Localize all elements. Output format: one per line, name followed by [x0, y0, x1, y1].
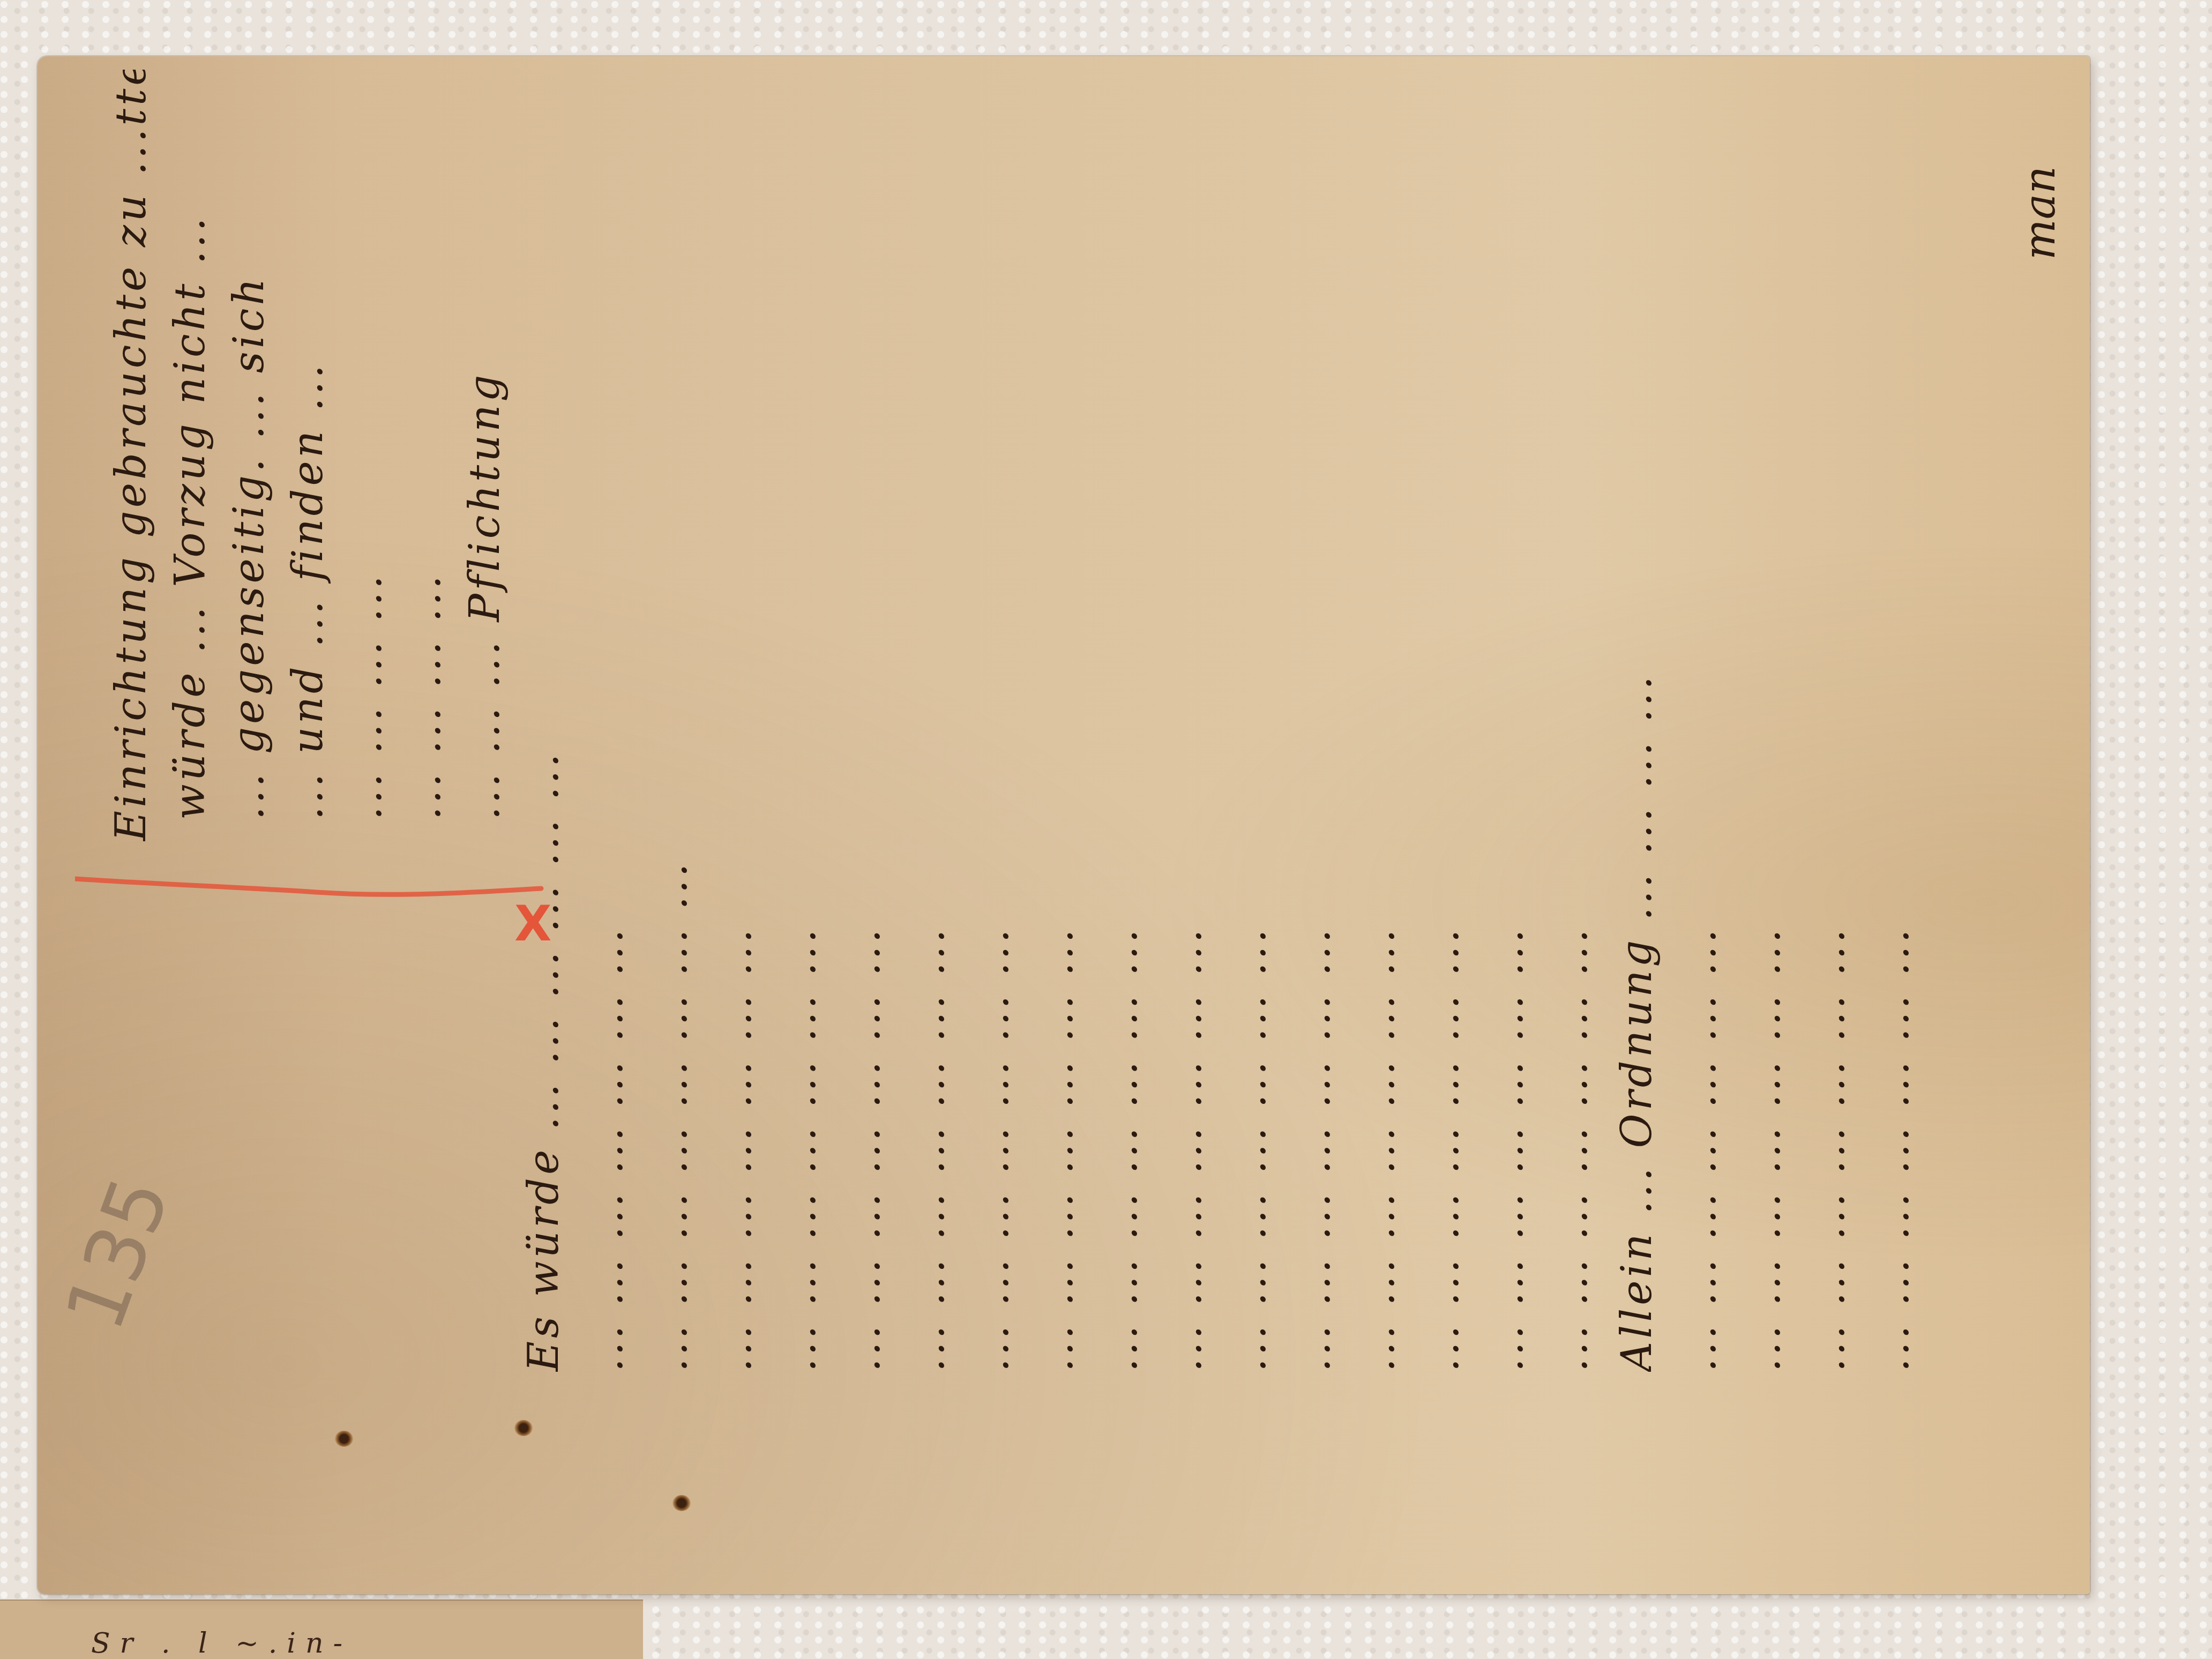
text-line: ... ... ... ... ... ... ... — [1736, 70, 1795, 1372]
text-line: ... ... ... ... ... ... ... — [1479, 70, 1538, 1372]
text-line: ... ... ... ... — [397, 70, 455, 820]
text-line: ... ... ... ... ... ... ... — [772, 70, 831, 1372]
red-crayon-line — [75, 868, 557, 911]
text-line: würde ... Vorzug nicht ... — [161, 70, 220, 820]
text-line: Einrichtung gebrauchte zu ...tten, so — [102, 70, 161, 841]
text-line: ... ... ... ... ... ... ... — [1222, 70, 1281, 1372]
underlying-page-edge: Sr . l ~.in- — [0, 1600, 643, 1659]
text-line: ... ... ... ... ... ... ... — [965, 70, 1023, 1372]
text-line: ... ... ... ... ... ... ... — [900, 70, 959, 1372]
text-line: ... ... ... ... ... ... ... ... — [643, 70, 702, 1372]
text-line: ... ... ... ... ... ... ... — [707, 70, 766, 1372]
text-line: ... gegenseitig. ... sich — [220, 70, 279, 820]
burn-spot — [672, 1495, 691, 1511]
text-line: ... ... ... Pflichtung. — [455, 375, 514, 820]
text-line: ... ... ... ... ... ... ... — [579, 70, 638, 1372]
text-line: ... ... ... ... ... ... ... — [1093, 70, 1152, 1372]
text-line: ... und ... finden ... — [279, 70, 338, 820]
text-line: ... ... ... ... ... ... ... — [1543, 643, 1602, 1372]
text-line: ... ... ... ... ... ... ... — [1672, 70, 1731, 1372]
text-line: ... ... ... ... — [338, 70, 397, 820]
text-line: ... ... ... ... ... ... ... — [1157, 70, 1216, 1372]
text-line: ... ... ... ... ... ... ... — [1415, 70, 1474, 1372]
underlying-page-text: Sr . l ~.in- — [91, 1627, 352, 1659]
burn-spot — [514, 1420, 533, 1436]
text-line: Allein ... Ordnung ... ... ... ... — [1608, 70, 1667, 1372]
text-line: ... ... ... ... ... ... ... — [1286, 70, 1345, 1372]
text-line: Es würde ... ... ... ... ... ... — [514, 70, 573, 1372]
text-line: ... ... ... ... ... ... ... — [1800, 70, 1859, 1372]
catchword: man — [2015, 166, 2065, 260]
text-line: ... ... ... ... ... ... ... — [836, 70, 895, 1372]
burn-spot — [335, 1431, 353, 1447]
text-line: ... ... ... ... ... ... ... — [1865, 70, 1924, 1372]
text-line: ... ... ... ... ... ... ... — [1029, 70, 1088, 1372]
text-line: ... ... ... ... ... ... ... — [1350, 70, 1409, 1372]
